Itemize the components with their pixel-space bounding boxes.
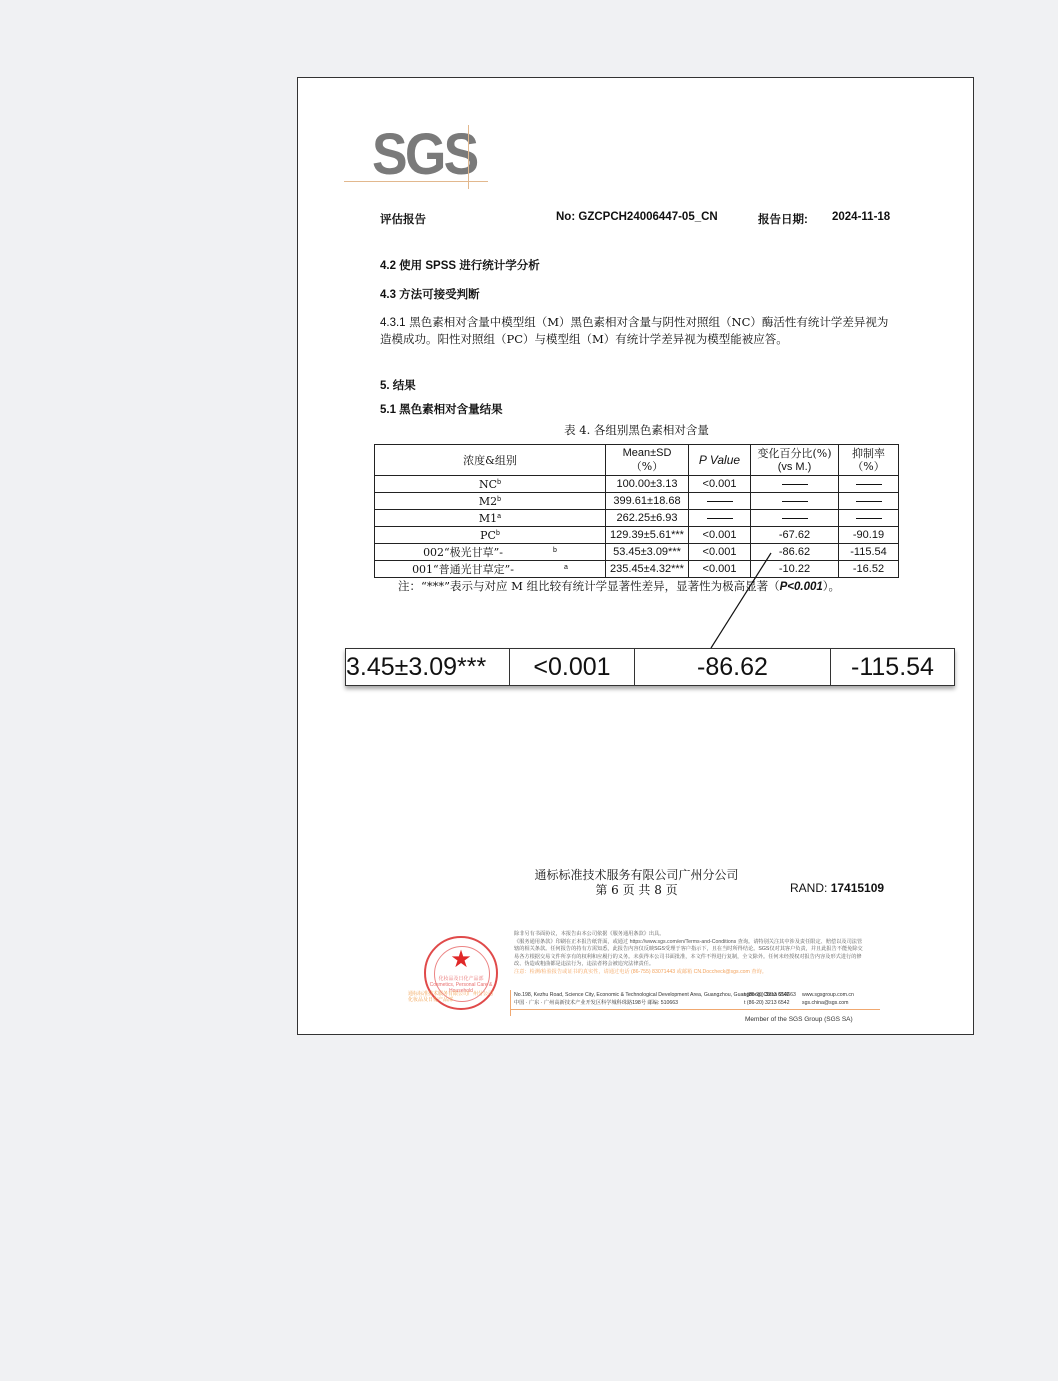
magnified-row-callout: 3.45±3.09*** <0.001 -86.62 -115.54 [345, 648, 955, 686]
web-email-block: www.sgsgroup.com.cn sgs.china@sgs.com [802, 991, 854, 1007]
rand-code: RAND: 17415109 [790, 881, 884, 895]
callout-mean-sd: 3.45±3.09*** [346, 649, 510, 685]
disclaimer-warning: 注意：检测/检验报告或证书的真实性，请通过电话 (86-755) 8307144… [514, 969, 864, 977]
telephone-block: t (86-20) 3213 6542 t (86-20) 3213 6542 [744, 991, 790, 1007]
seal-star-icon: ★ [426, 948, 496, 972]
member-text: Member of the SGS Group (SGS SA) [745, 1016, 853, 1023]
disclaimer-text: 除非另有书面协议，本报告由本公司依据《服务通用条款》出具。 《服务通用条款》印刷… [514, 931, 864, 976]
callout-p-value: <0.001 [510, 649, 635, 685]
footer-orange-vline [510, 990, 511, 1016]
callout-inhibition: -115.54 [831, 649, 954, 685]
email-link[interactable]: sgs.china@sgs.com [802, 999, 854, 1007]
website-link[interactable]: www.sgsgroup.com.cn [802, 991, 854, 999]
side-stamp-text: 通标标准技术服务有限公司广州分公司 化妆品及日化产品部 [408, 991, 498, 1003]
document-page: SGS 评估报告 No: GZCPCH24006447-05_CN 报告日期: … [297, 77, 974, 1035]
footer-orange-line [510, 1009, 880, 1010]
callout-change: -86.62 [635, 649, 831, 685]
